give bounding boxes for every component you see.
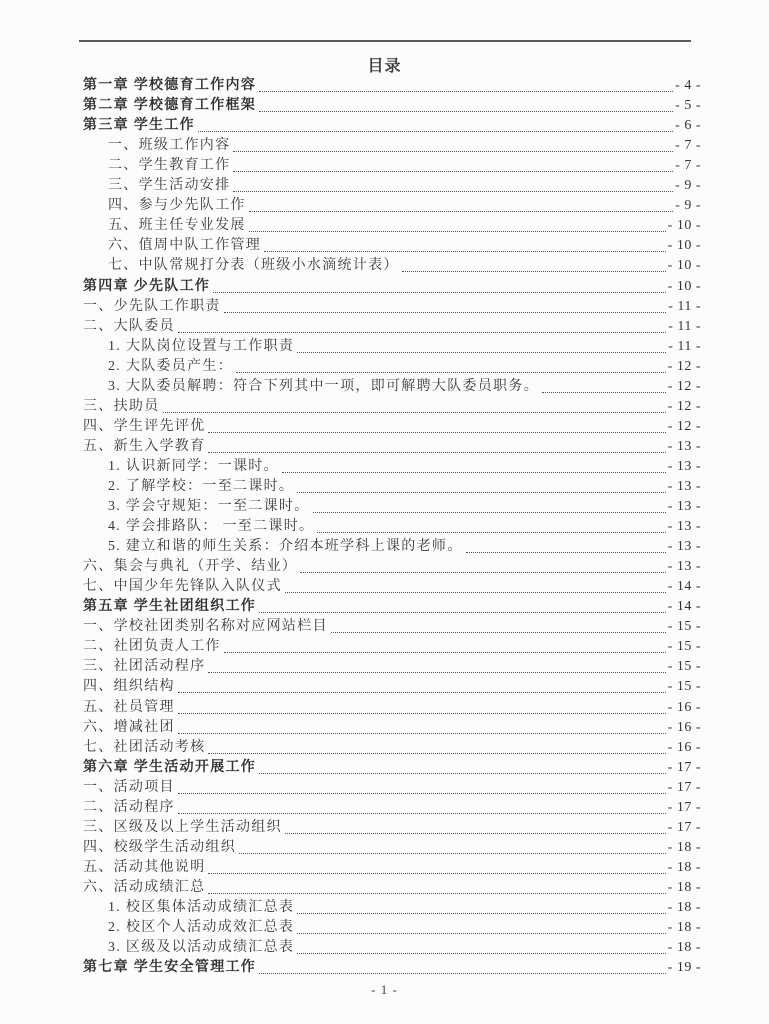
- toc-entry: 二、大队委员 - 11 -: [83, 316, 701, 336]
- toc-entry: 第五章 学生社团组织工作 - 14 -: [83, 596, 701, 616]
- toc-entry-page: - 7 -: [675, 137, 701, 155]
- toc-dot-leader: [178, 733, 666, 734]
- toc-entry-label: 六、值周中队工作管理: [108, 237, 261, 255]
- toc-dot-leader: [233, 171, 673, 172]
- toc-entry-label: 1. 大队岗位设置与工作职责: [108, 338, 294, 356]
- page-number-footer: - 1 -: [0, 982, 769, 998]
- toc-entry-page: - 17 -: [668, 779, 701, 797]
- toc-dot-leader: [208, 672, 665, 673]
- toc-dot-leader: [297, 492, 665, 493]
- toc-dot-leader: [208, 893, 665, 894]
- toc-entry-page: - 15 -: [668, 678, 701, 696]
- toc-entry-page: - 15 -: [668, 618, 701, 636]
- toc-entry-page: - 12 -: [668, 398, 701, 416]
- toc-entry-page: - 6 -: [675, 117, 701, 135]
- toc-entry-page: - 16 -: [668, 719, 701, 737]
- toc-entry-label: 六、增减社团: [83, 719, 175, 737]
- toc-entry: 六、值周中队工作管理 - 10 -: [83, 235, 701, 255]
- toc-entry: 七、中国少年先锋队入队仪式 - 14 -: [83, 576, 701, 596]
- toc-dot-leader: [313, 512, 666, 513]
- toc-entry-label: 4. 学会排路队： 一至二课时。: [108, 518, 314, 536]
- toc-entry: 第二章 学校德育工作框架 - 5 -: [83, 95, 701, 115]
- toc-dot-leader: [178, 713, 666, 714]
- toc-entry-page: - 5 -: [675, 97, 701, 115]
- toc-dot-leader: [300, 572, 665, 573]
- toc-entry-label: 一、学校社团类别名称对应网站栏目: [83, 618, 328, 636]
- toc-entry-label: 七、中国少年先锋队入队仪式: [83, 578, 282, 596]
- toc-entry-label: 2. 了解学校：一至二课时。: [108, 478, 294, 496]
- toc-dot-leader: [249, 231, 666, 232]
- toc-entry-label: 四、组织结构: [83, 678, 175, 696]
- toc-entry-page: - 4 -: [675, 77, 701, 95]
- toc-dot-leader: [285, 592, 666, 593]
- toc-dot-leader: [259, 973, 666, 974]
- toc-dot-leader: [239, 853, 666, 854]
- toc-entry-page: - 18 -: [668, 879, 701, 897]
- toc-dot-leader: [249, 211, 673, 212]
- toc-entry: 一、学校社团类别名称对应网站栏目 - 15 -: [83, 616, 701, 636]
- toc-dot-leader: [259, 91, 673, 92]
- toc-entry: 2. 了解学校：一至二课时。 - 13 -: [83, 476, 701, 496]
- toc-entry-label: 二、社团负责人工作: [83, 638, 221, 656]
- toc-dot-leader: [224, 652, 666, 653]
- toc-entry: 六、活动成绩汇总 - 18 -: [83, 877, 701, 897]
- toc-entry: 3. 区级及以活动成绩汇总表 - 18 -: [83, 937, 701, 957]
- toc-dot-leader: [163, 412, 666, 413]
- toc-entry: 第一章 学校德育工作内容 - 4 -: [83, 75, 701, 95]
- toc-dot-leader: [178, 692, 666, 693]
- toc-entry-page: - 16 -: [668, 699, 701, 717]
- toc-dot-leader: [233, 151, 673, 152]
- toc-entry-page: - 12 -: [668, 418, 701, 436]
- toc-dot-leader: [208, 873, 665, 874]
- toc-dot-leader: [285, 833, 666, 834]
- toc-entry-page: - 17 -: [668, 759, 701, 777]
- toc-entry-page: - 18 -: [668, 839, 701, 857]
- toc-entry: 一、活动项目 - 17 -: [83, 777, 701, 797]
- toc-entry-label: 五、新生入学教育: [83, 438, 205, 456]
- toc-entry-page: - 13 -: [668, 478, 701, 496]
- toc-entry: 四、组织结构 - 15 -: [83, 676, 701, 696]
- toc-entry: 五、活动其他说明 - 18 -: [83, 857, 701, 877]
- toc-entry-page: - 10 -: [668, 237, 701, 255]
- toc-title: 目录: [0, 53, 769, 76]
- toc-entry-label: 五、班主任专业发展: [108, 217, 246, 235]
- toc-dot-leader: [259, 111, 673, 112]
- toc-entry-label: 第七章 学生安全管理工作: [83, 959, 256, 977]
- toc-dot-leader: [198, 131, 673, 132]
- toc-entry-label: 2. 大队委员产生：: [108, 358, 233, 376]
- toc-entry-page: - 14 -: [668, 578, 701, 596]
- toc-entry-page: - 10 -: [668, 278, 701, 296]
- toc-entry: 第三章 学生工作 - 6 -: [83, 115, 701, 135]
- toc-entry: 3. 学会守规矩：一至二课时。 - 13 -: [83, 496, 701, 516]
- toc-dot-leader: [259, 773, 666, 774]
- toc-entry-page: - 19 -: [668, 959, 701, 977]
- toc-entry-label: 二、学生教育工作: [108, 157, 230, 175]
- toc-entry-label: 七、社团活动考核: [83, 739, 205, 757]
- toc-entry-label: 1. 校区集体活动成绩汇总表: [108, 899, 294, 917]
- toc-entry: 六、增减社团 - 16 -: [83, 717, 701, 737]
- toc-entry: 四、校级学生活动组织 - 18 -: [83, 837, 701, 857]
- toc-entry-label: 2. 校区个人活动成效汇总表: [108, 919, 294, 937]
- toc-entry: 4. 学会排路队： 一至二课时。 - 13 -: [83, 516, 701, 536]
- toc-dot-leader: [297, 913, 665, 914]
- toc-entry: 六、集会与典礼（开学、结业） - 13 -: [83, 556, 701, 576]
- toc-entry-label: 五、活动其他说明: [83, 859, 205, 877]
- toc-entry-label: 三、区级及以上学生活动组织: [83, 819, 282, 837]
- toc-dot-leader: [178, 813, 666, 814]
- toc-entry-page: - 12 -: [668, 358, 701, 376]
- toc-entry-label: 一、少先队工作职责: [83, 298, 221, 316]
- toc-dot-leader: [542, 392, 666, 393]
- toc-entry: 5. 建立和谐的师生关系：介绍本班学科上课的老师。 - 13 -: [83, 536, 701, 556]
- toc-dot-leader: [233, 191, 673, 192]
- toc-entry-page: - 18 -: [668, 919, 701, 937]
- toc-entry: 四、学生评先评优 - 12 -: [83, 416, 701, 436]
- toc-entry: 五、新生入学教育 - 13 -: [83, 436, 701, 456]
- toc-dot-leader: [317, 532, 665, 533]
- toc-entry: 一、班级工作内容 - 7 -: [83, 135, 701, 155]
- toc-entry-page: - 16 -: [668, 739, 701, 757]
- toc-dot-leader: [297, 953, 665, 954]
- toc-entry-page: - 13 -: [668, 518, 701, 536]
- toc-entry: 一、少先队工作职责 - 11 -: [83, 296, 701, 316]
- toc-entry-label: 第五章 学生社团组织工作: [83, 598, 256, 616]
- toc-entry-page: - 15 -: [668, 658, 701, 676]
- toc-entry-label: 六、活动成绩汇总: [83, 879, 205, 897]
- toc-entry-page: - 13 -: [668, 498, 701, 516]
- toc-entry-page: - 18 -: [668, 939, 701, 957]
- toc-entry-label: 七、中队常规打分表（班级小水滴统计表）: [108, 257, 399, 275]
- toc-entry-label: 3. 大队委员解聘：符合下列其中一项，即可解聘大队委员职务。: [108, 378, 539, 396]
- toc-entry-label: 四、学生评先评优: [83, 418, 205, 436]
- toc-entry-page: - 17 -: [668, 799, 701, 817]
- toc-entry: 七、社团活动考核 - 16 -: [83, 737, 701, 757]
- toc-entry-label: 四、参与少先队工作: [108, 197, 246, 215]
- toc-entry-page: - 14 -: [668, 598, 701, 616]
- toc-entry: 第四章 少先队工作 - 10 -: [83, 275, 701, 295]
- toc-entry-label: 二、活动程序: [83, 799, 175, 817]
- toc-entry-label: 六、集会与典礼（开学、结业）: [83, 558, 297, 576]
- toc-entry-page: - 9 -: [675, 177, 701, 195]
- toc-dot-leader: [208, 452, 665, 453]
- toc-entry: 二、活动程序 - 17 -: [83, 797, 701, 817]
- toc-entry: 2. 校区个人活动成效汇总表 - 18 -: [83, 917, 701, 937]
- toc-dot-leader: [178, 793, 666, 794]
- toc-list: 第一章 学校德育工作内容 - 4 - 第二章 学校德育工作框架 - 5 - 第三…: [83, 75, 701, 977]
- toc-entry-page: - 18 -: [668, 859, 701, 877]
- toc-entry-page: - 11 -: [668, 298, 701, 316]
- toc-dot-leader: [236, 372, 666, 373]
- toc-dot-leader: [208, 753, 665, 754]
- toc-entry: 三、区级及以上学生活动组织 - 17 -: [83, 817, 701, 837]
- toc-entry-page: - 10 -: [668, 257, 701, 275]
- toc-entry-page: - 9 -: [675, 197, 701, 215]
- toc-dot-leader: [466, 552, 666, 553]
- toc-entry-label: 第三章 学生工作: [83, 117, 195, 135]
- toc-entry: 1. 认识新同学：一课时。 - 13 -: [83, 456, 701, 476]
- toc-entry-page: - 13 -: [668, 558, 701, 576]
- toc-entry: 五、社员管理 - 16 -: [83, 696, 701, 716]
- toc-entry: 2. 大队委员产生： - 12 -: [83, 356, 701, 376]
- toc-entry-page: - 12 -: [668, 378, 701, 396]
- toc-entry-label: 三、学生活动安排: [108, 177, 230, 195]
- toc-dot-leader: [178, 332, 666, 333]
- toc-entry: 五、班主任专业发展 - 10 -: [83, 215, 701, 235]
- toc-entry-page: - 7 -: [675, 157, 701, 175]
- toc-entry-page: - 18 -: [668, 899, 701, 917]
- header-rule: [79, 40, 691, 42]
- toc-entry-label: 三、扶助员: [83, 398, 160, 416]
- toc-entry-label: 五、社员管理: [83, 699, 175, 717]
- toc-entry: 二、学生教育工作 - 7 -: [83, 155, 701, 175]
- toc-entry-label: 第二章 学校德育工作框架: [83, 97, 256, 115]
- toc-dot-leader: [259, 612, 666, 613]
- toc-dot-leader: [297, 352, 666, 353]
- toc-entry-page: - 15 -: [668, 638, 701, 656]
- toc-entry-label: 四、校级学生活动组织: [83, 839, 236, 857]
- toc-entry-page: - 17 -: [668, 819, 701, 837]
- toc-entry-page: - 13 -: [668, 458, 701, 476]
- toc-entry: 三、社团活动程序 - 15 -: [83, 656, 701, 676]
- document-page: 目录 第一章 学校德育工作内容 - 4 - 第二章 学校德育工作框架 - 5 -…: [0, 0, 769, 1024]
- toc-entry: 三、扶助员 - 12 -: [83, 396, 701, 416]
- toc-entry-label: 第一章 学校德育工作内容: [83, 77, 256, 95]
- toc-entry-label: 3. 区级及以活动成绩汇总表: [108, 939, 294, 957]
- toc-entry: 第七章 学生安全管理工作 - 19 -: [83, 957, 701, 977]
- toc-entry-label: 二、大队委员: [83, 318, 175, 336]
- toc-dot-leader: [213, 292, 665, 293]
- toc-dot-leader: [282, 472, 666, 473]
- toc-dot-leader: [331, 632, 666, 633]
- toc-entry: 1. 校区集体活动成绩汇总表 - 18 -: [83, 897, 701, 917]
- toc-entry-label: 第六章 学生活动开展工作: [83, 759, 256, 777]
- toc-entry: 三、学生活动安排 - 9 -: [83, 175, 701, 195]
- toc-entry-label: 三、社团活动程序: [83, 658, 205, 676]
- toc-entry: 七、中队常规打分表（班级小水滴统计表） - 10 -: [83, 255, 701, 275]
- toc-entry-page: - 10 -: [668, 217, 701, 235]
- toc-entry: 四、参与少先队工作 - 9 -: [83, 195, 701, 215]
- toc-dot-leader: [297, 933, 665, 934]
- toc-entry-label: 一、活动项目: [83, 779, 175, 797]
- toc-dot-leader: [264, 251, 666, 252]
- toc-dot-leader: [402, 271, 666, 272]
- toc-entry: 3. 大队委员解聘：符合下列其中一项，即可解聘大队委员职务。 - 12 -: [83, 376, 701, 396]
- toc-entry-label: 一、班级工作内容: [108, 137, 230, 155]
- toc-entry: 第六章 学生活动开展工作 - 17 -: [83, 757, 701, 777]
- toc-entry-page: - 11 -: [668, 318, 701, 336]
- toc-dot-leader: [208, 432, 665, 433]
- toc-entry-page: - 11 -: [668, 338, 701, 356]
- toc-entry-label: 第四章 少先队工作: [83, 278, 210, 296]
- toc-entry: 二、社团负责人工作 - 15 -: [83, 636, 701, 656]
- toc-entry-label: 3. 学会守规矩：一至二课时。: [108, 498, 310, 516]
- toc-entry-page: - 13 -: [668, 538, 701, 556]
- toc-dot-leader: [224, 312, 666, 313]
- toc-entry: 1. 大队岗位设置与工作职责 - 11 -: [83, 336, 701, 356]
- toc-entry-page: - 13 -: [668, 438, 701, 456]
- toc-entry-label: 5. 建立和谐的师生关系：介绍本班学科上课的老师。: [108, 538, 463, 556]
- toc-entry-label: 1. 认识新同学：一课时。: [108, 458, 279, 476]
